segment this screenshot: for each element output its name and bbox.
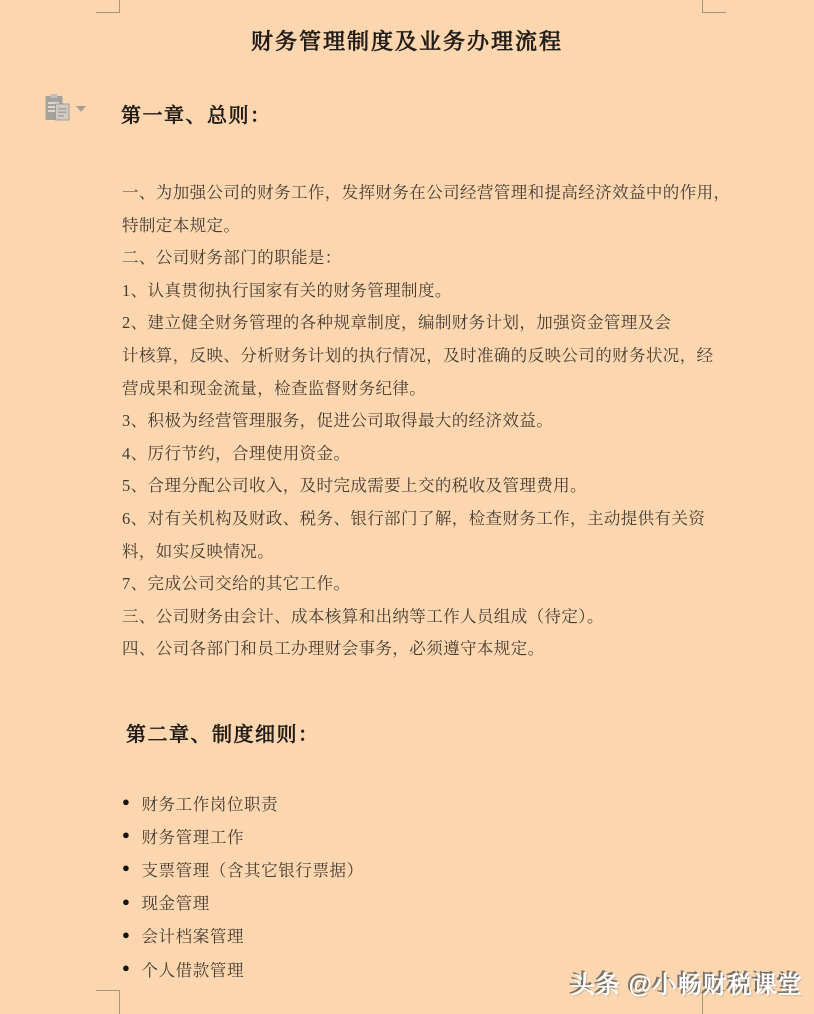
chapter-2-heading: 第二章、制度细则： (126, 718, 320, 747)
bullet-icon: ● (122, 795, 130, 808)
bullet-icon: ● (122, 861, 130, 874)
bullet-icon: ● (122, 928, 130, 941)
bullet-label: 会计档案管理 (141, 923, 244, 947)
paste-options-button[interactable] (44, 93, 86, 123)
list-item: ●财务管理工作 (122, 819, 364, 852)
body-line: 1、认真贯彻执行国家有关的财务管理制度。 (122, 275, 707, 308)
body-line: 3、积极为经营管理服务，促进公司取得最大的经济效益。 (122, 405, 707, 438)
bullet-icon: ● (122, 895, 130, 908)
chapter-1-heading: 第一章、总则： (121, 99, 272, 128)
body-line: 6、对有关机构及财政、税务、银行部门了解，检查财务工作，主动提供有关资 (122, 503, 707, 536)
list-item: ●会计档案管理 (122, 919, 364, 952)
body-line: 2、建立健全财务管理的各种规章制度，编制财务计划，加强资金管理及会 (122, 307, 707, 340)
bullet-label: 财务工作岗位职责 (141, 791, 278, 815)
document-title: 财务管理制度及业务办理流程 (0, 25, 814, 56)
body-line: 5、合理分配公司收入，及时完成需要上交的税收及管理费用。 (122, 470, 707, 503)
body-line: 四、公司各部门和员工办理财会事务，必须遵守本规定。 (122, 633, 707, 666)
bullet-icon: ● (122, 961, 130, 974)
body-line: 计核算，反映、分析财务计划的执行情况，及时准确的反映公司的财务状况，经 (122, 340, 707, 373)
chevron-down-icon (76, 106, 86, 112)
watermark-text: 头条 @小畅财税课堂 (571, 972, 803, 999)
body-line: 一、为加强公司的财务工作，发挥财务在公司经营管理和提高经济效益中的作用， (122, 177, 707, 210)
bullet-list: ●财务工作岗位职责●财务管理工作●支票管理（含其它银行票据）●现金管理●会计档案… (122, 786, 364, 985)
bullet-label: 财务管理工作 (141, 824, 244, 848)
body-line: 三、公司财务由会计、成本核算和出纳等工作人员组成（待定）。 (122, 601, 707, 634)
list-item: ●财务工作岗位职责 (122, 786, 364, 819)
list-item: ●个人借款管理 (122, 952, 364, 985)
bullet-label: 现金管理 (141, 890, 209, 914)
bullet-icon: ● (122, 828, 130, 841)
body-text: 一、为加强公司的财务工作，发挥财务在公司经营管理和提高经济效益中的作用，特制定本… (122, 177, 707, 666)
body-line: 特制定本规定。 (122, 210, 707, 243)
list-item: ●支票管理（含其它银行票据） (122, 852, 364, 885)
body-line: 料，如实反映情况。 (122, 536, 707, 569)
crop-mark-top-right (702, 0, 726, 13)
crop-mark-top-left (96, 0, 120, 13)
body-line: 营成果和现金流量，检查监督财务纪律。 (122, 373, 707, 406)
body-line: 7、完成公司交给的其它工作。 (122, 568, 707, 601)
bullet-label: 支票管理（含其它银行票据） (141, 857, 363, 881)
clipboard-paste-icon (44, 93, 71, 123)
list-item: ●现金管理 (122, 886, 364, 919)
document-page: 财务管理制度及业务办理流程 第一章、总则： 一、为加强公司的财务工作，发挥财务在… (0, 0, 814, 1014)
watermark: 头条 @小畅财税课堂 (571, 965, 803, 1000)
crop-mark-bottom-left (96, 990, 120, 1014)
body-line: 二、公司财务部门的职能是： (122, 242, 707, 275)
bullet-label: 个人借款管理 (141, 957, 244, 981)
body-line: 4、厉行节约，合理使用资金。 (122, 438, 707, 471)
